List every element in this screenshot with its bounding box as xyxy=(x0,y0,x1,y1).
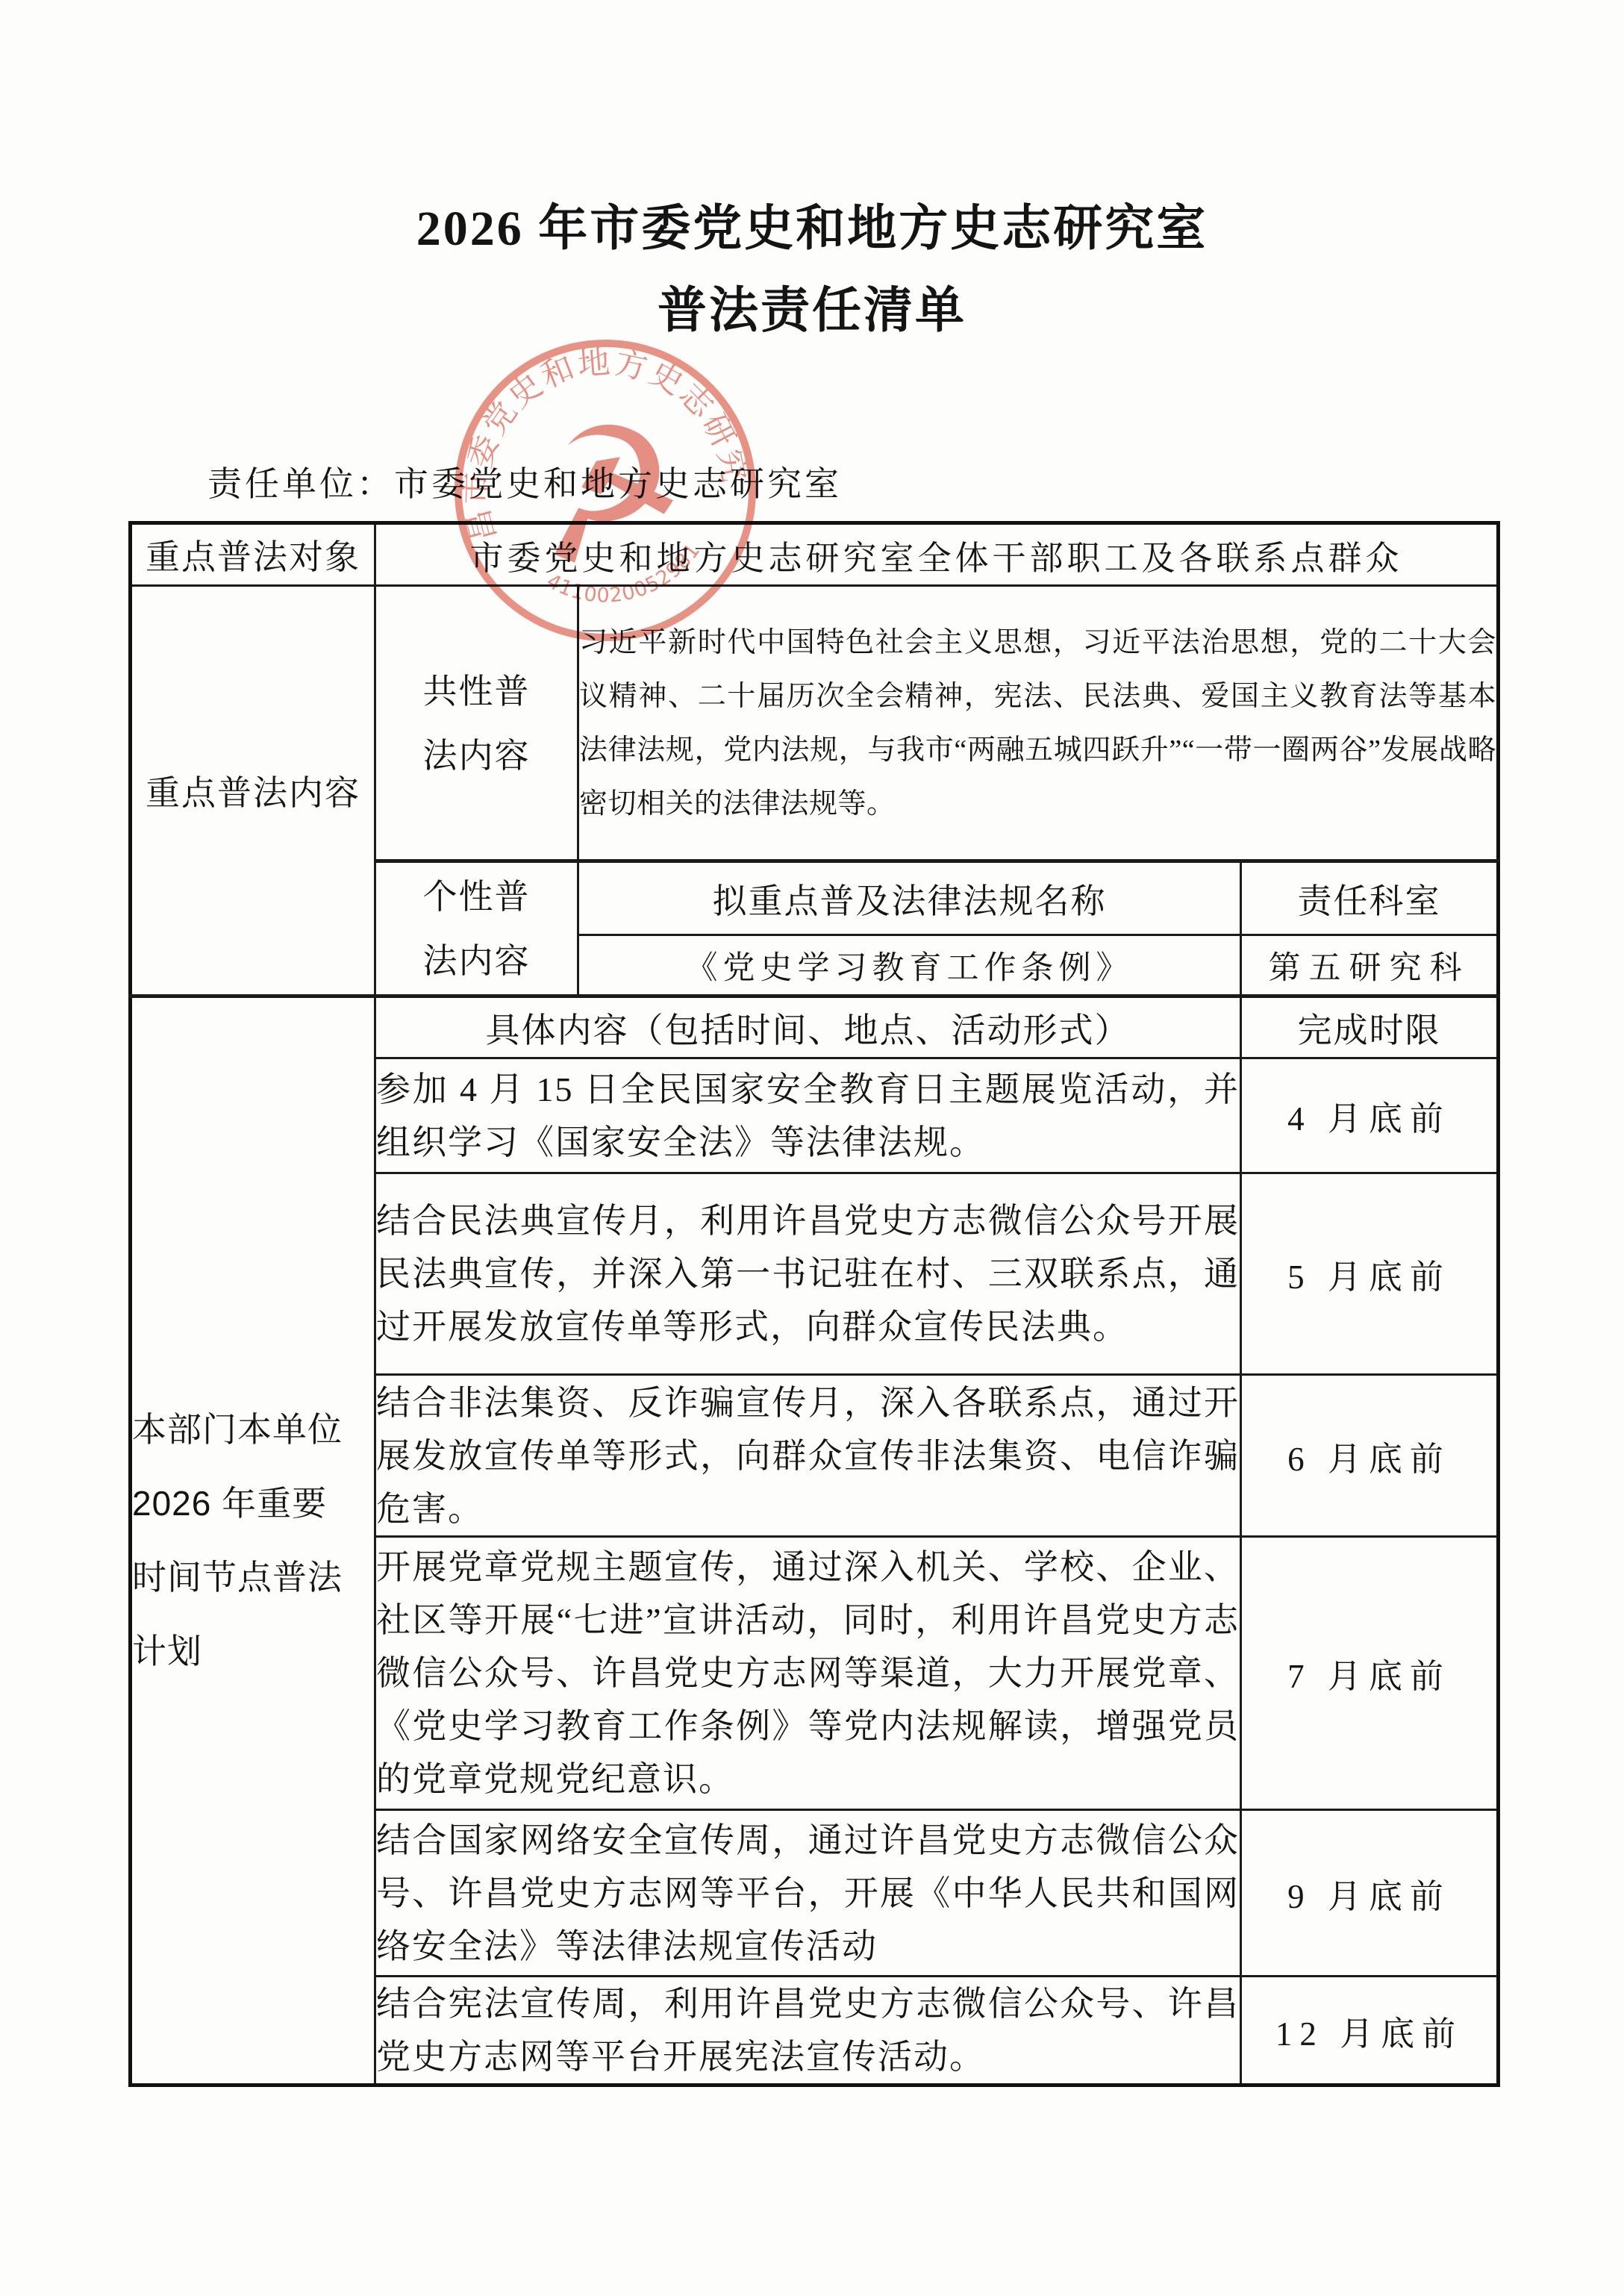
table-row-common-content: 重点普法内容 共性普法内容 习近平新时代中国特色社会主义思想，习近平法治思想，党… xyxy=(131,586,1499,861)
plan-item-content: 结合国家网络安全宣传周，通过许昌党史方志微信公众号、许昌党史方志网等平台，开展《… xyxy=(375,1810,1241,1977)
individual-content-label: 个性普法内容 xyxy=(375,861,578,996)
plan-item-deadline: 7 月底前 xyxy=(1241,1537,1499,1810)
key-targets-label: 重点普法对象 xyxy=(131,523,375,586)
plan-item-content: 参加 4 月 15 日全民国家安全教育日主题展览活动，并组织学习《国家安全法》等… xyxy=(375,1058,1241,1173)
document-page: 2026 年市委党史和地方史志研究室 普法责任清单 责任单位：市委党史和地方史志… xyxy=(0,0,1624,2296)
doc-title-line-1: 2026 年市委党史和地方史志研究室 xyxy=(0,188,1624,270)
responsible-unit-line: 责任单位：市委党史和地方史志研究室 xyxy=(207,457,842,506)
plan-label-line: 本部门本单位 xyxy=(132,1393,374,1467)
plan-item-deadline: 5 月底前 xyxy=(1241,1173,1499,1375)
plan-item-content: 开展党章党规主题宣传，通过深入机关、学校、企业、社区等开展“七进”宣讲活动，同时… xyxy=(375,1537,1241,1810)
common-content-label: 共性普法内容 xyxy=(375,586,578,861)
doc-title-line-2: 普法责任清单 xyxy=(0,270,1624,352)
common-content-text: 习近平新时代中国特色社会主义思想，习近平法治思想，党的二十大会议精神、二十届历次… xyxy=(578,586,1499,861)
key-contents-label: 重点普法内容 xyxy=(131,586,375,996)
plan-label-line: 时间节点普法 xyxy=(132,1541,374,1615)
plan-label-line: 计划 xyxy=(132,1615,374,1688)
responsibility-table: 重点普法对象 市委党史和地方史志研究室全体干部职工及各联系点群众 重点普法内容 … xyxy=(128,521,1500,2087)
plan-deadline-header: 完成时限 xyxy=(1241,996,1499,1058)
table-row-plan-header: 本部门本单位 2026 年重要 时间节点普法 计划 具体内容（包括时间、地点、活… xyxy=(131,996,1499,1058)
plan-item-deadline: 12 月底前 xyxy=(1241,1977,1499,2086)
plan-item-content: 结合民法典宣传月，利用许昌党史方志微信公众号开展民法典宣传，并深入第一书记驻在村… xyxy=(375,1173,1241,1375)
law-name-header: 拟重点普及法律法规名称 xyxy=(578,861,1241,935)
plan-item-deadline: 6 月底前 xyxy=(1241,1375,1499,1537)
responsible-unit-value: 市委党史和地方史志研究室 xyxy=(394,465,842,503)
plan-item-deadline: 9 月底前 xyxy=(1241,1810,1499,1977)
key-targets-value: 市委党史和地方史志研究室全体干部职工及各联系点群众 xyxy=(375,523,1499,586)
plan-item-deadline: 4 月底前 xyxy=(1241,1058,1499,1173)
responsible-unit-label: 责任单位： xyxy=(207,465,394,503)
plan-label-line: 2026 年重要 xyxy=(132,1467,374,1541)
dept-value: 第五研究科 xyxy=(1241,935,1499,996)
table-row-key-targets: 重点普法对象 市委党史和地方史志研究室全体干部职工及各联系点群众 xyxy=(131,523,1499,586)
plan-label: 本部门本单位 2026 年重要 时间节点普法 计划 xyxy=(131,996,375,2086)
doc-title: 2026 年市委党史和地方史志研究室 普法责任清单 xyxy=(0,188,1624,352)
law-name-value: 《党史学习教育工作条例》 xyxy=(578,935,1241,996)
dept-header: 责任科室 xyxy=(1241,861,1499,935)
plan-item-content: 结合宪法宣传周，利用许昌党史方志微信公众号、许昌党史方志网等平台开展宪法宣传活动… xyxy=(375,1977,1241,2086)
plan-content-header: 具体内容（包括时间、地点、活动形式） xyxy=(375,996,1241,1058)
plan-item-content: 结合非法集资、反诈骗宣传月，深入各联系点，通过开展发放宣传单等形式，向群众宣传非… xyxy=(375,1375,1241,1537)
